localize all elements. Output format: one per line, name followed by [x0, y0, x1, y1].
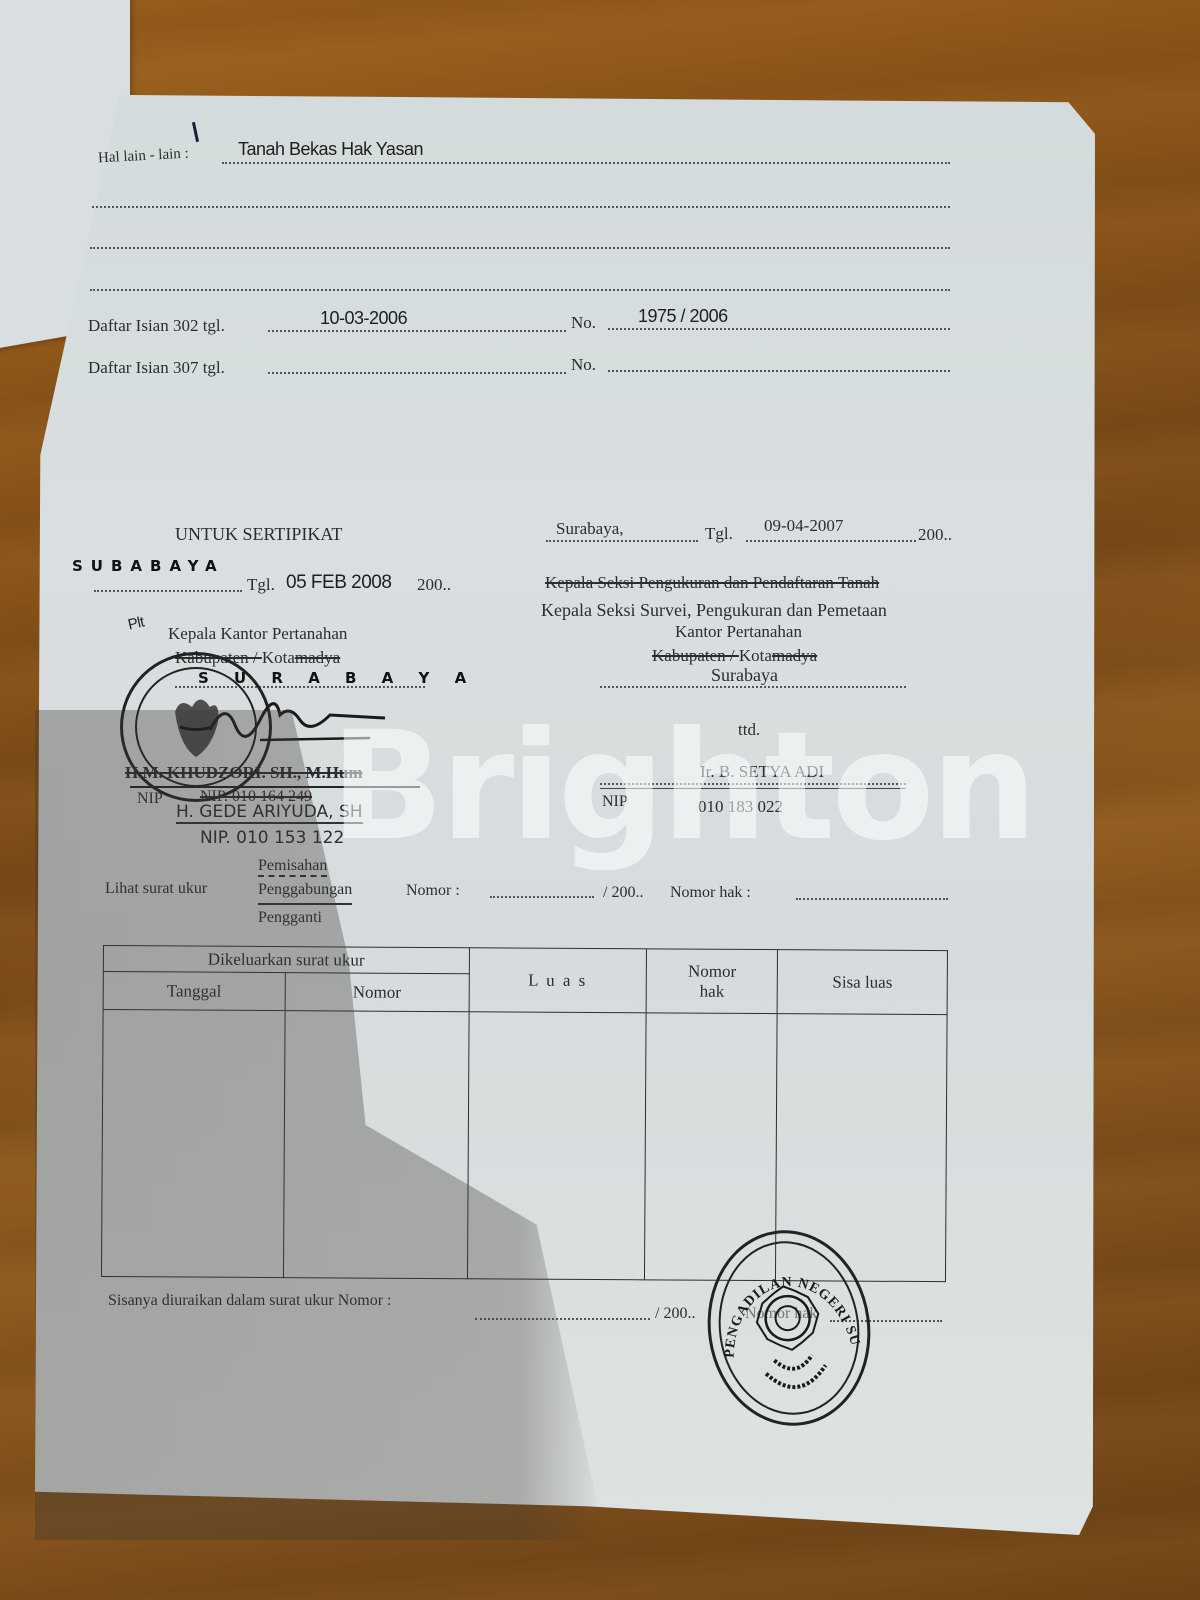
nomor-hak-label: Nomor hak :: [670, 884, 751, 902]
city-stamp: SUBABAYA: [72, 557, 225, 575]
office-kota: Kota: [739, 646, 772, 665]
option-penggabungan: Penggabungan: [258, 881, 352, 905]
cell-tanggal: [101, 1010, 284, 1278]
left-nip-label: NIP: [137, 790, 163, 808]
dotted-line: [600, 783, 906, 785]
right-office-line1: Kantor Pertanahan: [675, 622, 802, 642]
dotted-line: [608, 370, 950, 372]
group-header: Dikeluarkan surat ukur: [103, 946, 469, 974]
option-pengganti: Pengganti: [258, 909, 322, 927]
nomor-suffix: / 200..: [603, 884, 643, 902]
right-city: Surabaya,: [556, 519, 624, 539]
left-year-suffix: 200..: [417, 575, 451, 595]
right-tgl-label: Tgl.: [705, 524, 733, 544]
dotted-line: [222, 162, 950, 164]
col-nomor-hak: Nomor hak: [646, 949, 777, 1014]
signature-line: [600, 788, 906, 789]
struck-text: madya: [295, 648, 340, 667]
signature-scribble-icon: [200, 690, 390, 760]
dotted-line: [796, 898, 948, 900]
dotted-line: [475, 1318, 650, 1320]
dotted-line: [268, 330, 566, 332]
hal-lain-value: Tanah Bekas Hak Yasan: [238, 139, 423, 160]
daftar-isian-307-label: Daftar Isian 307 tgl.: [88, 358, 225, 378]
daftar-isian-302-no-value: 1975 / 2006: [638, 306, 728, 327]
dotted-line: [94, 590, 242, 592]
daftar-isian-302-date: 10-03-2006: [320, 308, 407, 329]
right-official-nip: 010 183 022: [698, 797, 783, 817]
official-nip: NIP. 010 153 122: [200, 828, 344, 848]
col-luas: L u a s: [469, 948, 647, 1013]
right-office-city: Surabaya: [711, 665, 778, 686]
right-official-name: Ir. B. SETYA ADI: [700, 762, 824, 782]
right-title: Kepala Seksi Survei, Pengukuran dan Peme…: [541, 600, 887, 621]
struck-text: Kabupaten /: [652, 646, 739, 665]
untuk-sertipikat-title: UNTUK SERTIPIKAT: [175, 524, 342, 545]
cell-nomor: [283, 1011, 468, 1279]
sisanya-label: Sisanya diuraikan dalam surat ukur Nomor…: [108, 1292, 392, 1310]
daftar-isian-302-no-label: No.: [571, 313, 596, 333]
cell-luas: [467, 1012, 646, 1280]
left-date-stamp: 05 FEB 2008: [286, 572, 391, 594]
col-tanggal: Tanggal: [103, 972, 285, 1011]
dotted-line: [490, 896, 594, 898]
right-office-line2: Kabupaten / Kotamadya: [652, 646, 817, 666]
col-nomor: Nomor: [285, 973, 469, 1012]
struck-text: madya: [772, 646, 817, 665]
footer-suffix: / 200..: [655, 1305, 695, 1323]
right-title-struck: Kepala Seksi Pengukuran dan Pendaftaran …: [545, 573, 879, 593]
dotted-line: [90, 247, 950, 249]
left-tgl-label: Tgl.: [247, 575, 275, 595]
option-pemisahan: Pemisahan: [258, 857, 327, 877]
dotted-line: [90, 289, 950, 291]
official-name: H. GEDE ARIYUDA, SH: [176, 802, 363, 824]
signed-ttd: ttd.: [738, 720, 760, 740]
dotted-line: [546, 540, 698, 542]
col-sisa-luas: Sisa luas: [777, 950, 947, 1015]
daftar-isian-307-no-label: No.: [571, 355, 596, 375]
dotted-line: [268, 372, 566, 374]
dotted-line: [92, 206, 950, 208]
plt-note: Plt: [126, 614, 145, 634]
court-emblem-icon: PENGADILAN NEGERI SURABAYA: [695, 1220, 883, 1437]
right-year-suffix: 200..: [918, 525, 952, 545]
lihat-surat-ukur-label: Lihat surat ukur: [105, 880, 207, 898]
dotted-line: [600, 686, 906, 688]
daftar-isian-302-label: Daftar Isian 302 tgl.: [88, 316, 225, 336]
dotted-line: [746, 540, 916, 542]
dotted-line: [608, 328, 950, 330]
right-date: 09-04-2007: [764, 516, 843, 536]
nomor-label: Nomor :: [406, 882, 460, 900]
old-official-name-struck: H.M. KHUDZORI. SH., M.Hum: [125, 763, 363, 783]
left-office-line1: Kepala Kantor Pertanahan: [168, 624, 347, 644]
court-seal: PENGADILAN NEGERI SURABAYA: [695, 1220, 883, 1437]
right-nip-label: NIP: [602, 793, 628, 811]
